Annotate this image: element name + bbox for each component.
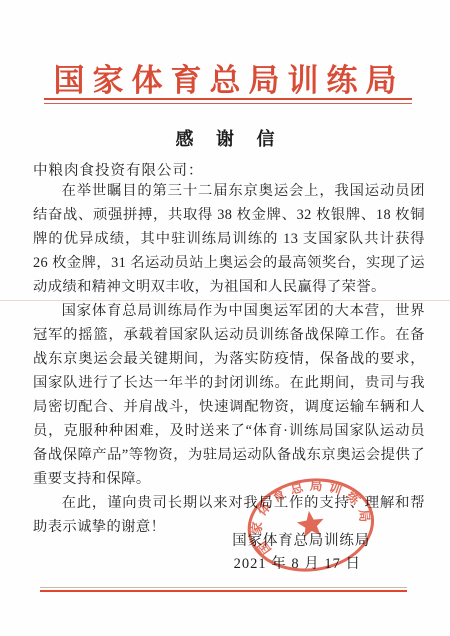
paragraph-1: 在举世瞩目的第三十二届东京奥运会上，我国运动员团结奋战、顽强拼搏，共取得 38 … (33, 179, 425, 299)
letter-body: 在举世瞩目的第三十二届东京奥运会上，我国运动员团结奋战、顽强拼搏，共取得 38 … (33, 179, 425, 539)
letter-page: 国家体育总局训练局 感 谢 信 中粮肉食投资有限公司： 在举世瞩目的第三十二届东… (0, 0, 450, 636)
fold-crease-line (0, 300, 450, 301)
footer-rule-light (40, 587, 407, 588)
letterhead-org-title: 国家体育总局训练局 (0, 55, 450, 100)
salutation: 中粮肉食投资有限公司： (33, 159, 204, 180)
footer-rule-red (40, 590, 407, 592)
letterhead-double-rule (44, 98, 412, 104)
letter-date: 2021 年 8 月 17 日 (234, 552, 361, 573)
signature-org-name: 国家体育总局训练局 (232, 529, 370, 550)
letter-title: 感 谢 信 (0, 125, 450, 151)
paragraph-2: 国家体育总局训练局作为中国奥运军团的大本营，世界冠军的摇篮，承载着国家队运动员训… (33, 299, 425, 491)
